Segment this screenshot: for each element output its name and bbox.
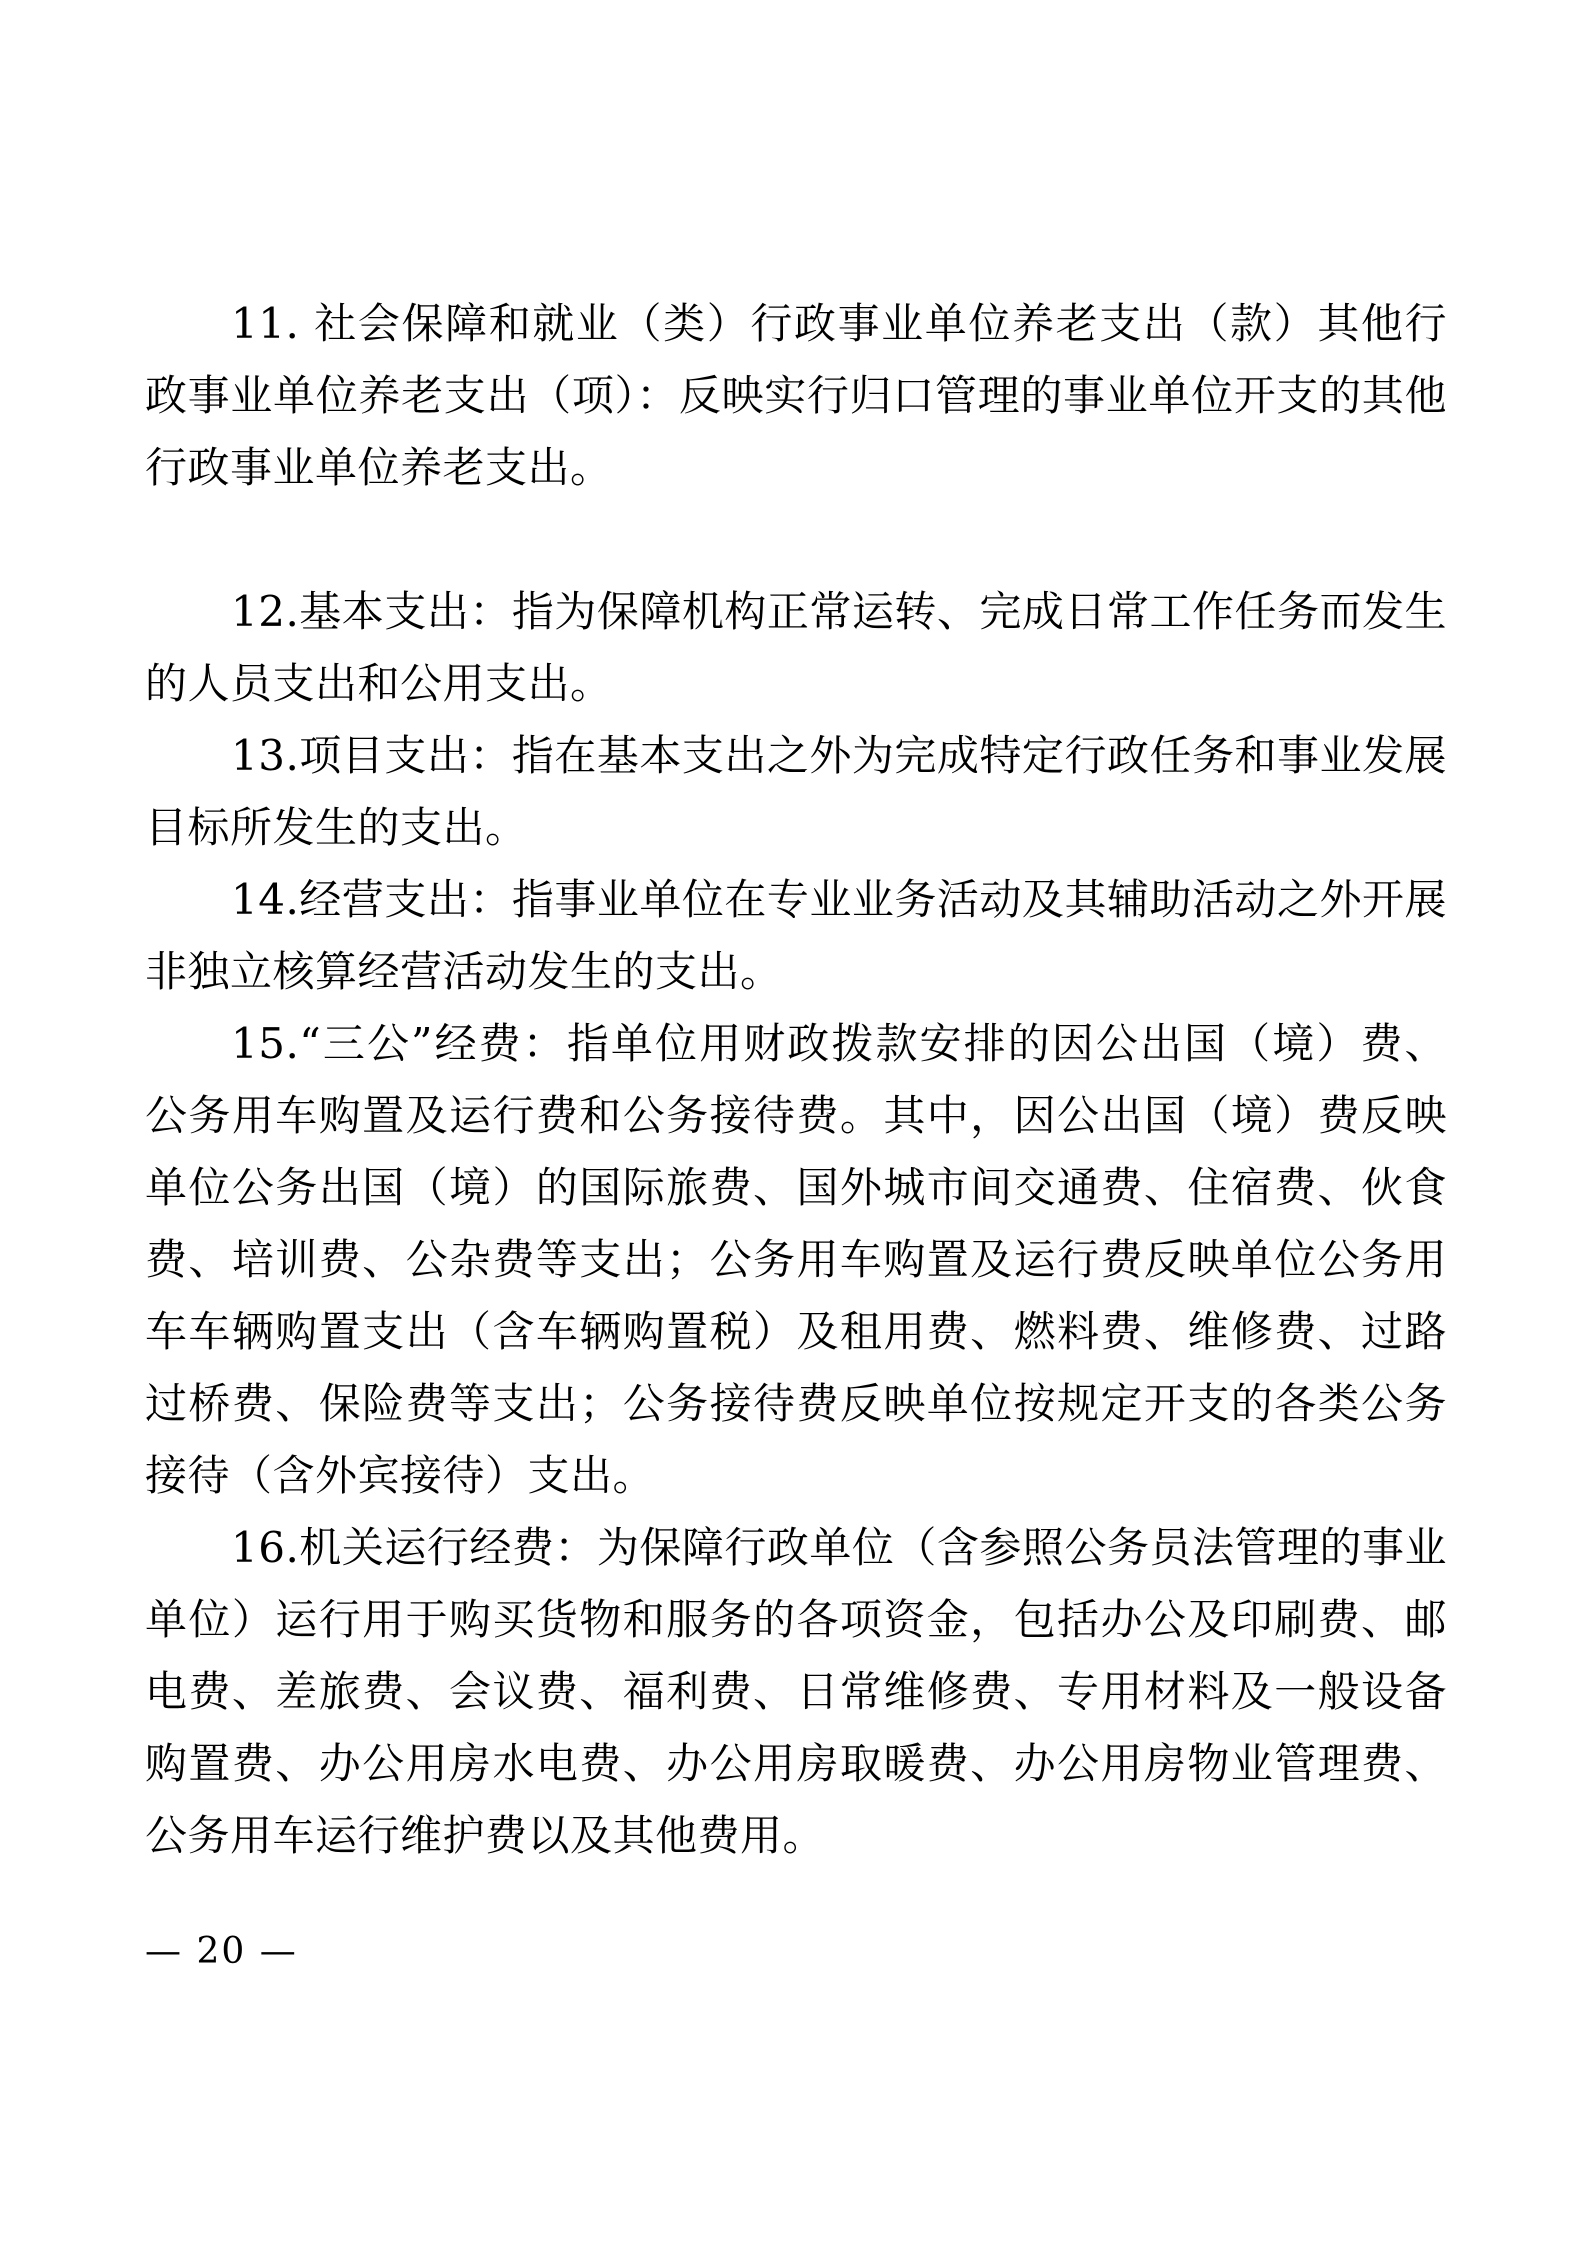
- glossary-item-11: 11. 社会保障和就业（类）行政事业单位养老支出（款）其他行政事业单位养老支出（…: [145, 288, 1447, 504]
- document-body: 11. 社会保障和就业（类）行政事业单位养老支出（款）其他行政事业单位养老支出（…: [145, 288, 1447, 1872]
- page-number: — 20 —: [145, 1931, 298, 1972]
- document-page: 11. 社会保障和就业（类）行政事业单位养老支出（款）其他行政事业单位养老支出（…: [0, 0, 1587, 2245]
- glossary-item-14: 14.经营支出：指事业单位在专业业务活动及其辅助活动之外开展非独立核算经营活动发…: [145, 864, 1447, 1008]
- glossary-item-16: 16.机关运行经费：为保障行政单位（含参照公务员法管理的事业单位）运行用于购买货…: [145, 1512, 1447, 1872]
- glossary-item-13: 13.项目支出：指在基本支出之外为完成特定行政任务和事业发展目标所发生的支出。: [145, 720, 1447, 864]
- glossary-item-15: 15.“三公”经费：指单位用财政拨款安排的因公出国（境）费、公务用车购置及运行费…: [145, 1008, 1447, 1512]
- glossary-item-12: 12.基本支出：指为保障机构正常运转、完成日常工作任务而发生的人员支出和公用支出…: [145, 576, 1447, 720]
- page-footer: — 20 —: [145, 1928, 298, 1976]
